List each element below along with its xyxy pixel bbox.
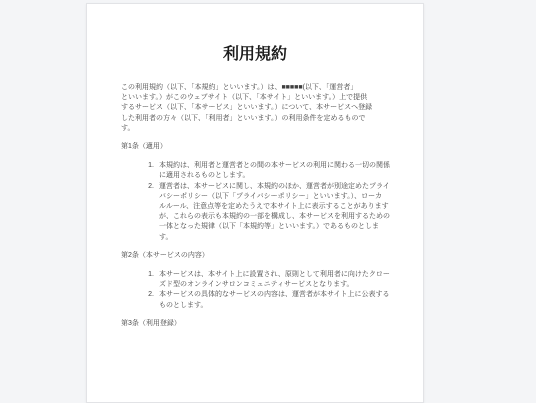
terms-document-card: 利用規約 この利用規約（以下、「本規約」といいます。）は、■■■■■(以下、「運… bbox=[86, 3, 424, 326]
list-item-text: 本サービスは、本サイト上に設置され、原則として利用者に向けたクロー ズド型のオン… bbox=[159, 270, 390, 290]
intro-paragraph: この利用規約（以下、「本規約」といいます。）は、■■■■■(以下、「運営者」 と… bbox=[121, 83, 389, 134]
list-item-number: 1. bbox=[121, 161, 159, 171]
list-item: 2. 運営者は、本サービスに関し、本規約のほか、運営者が別途定めたプライ バシー… bbox=[121, 182, 389, 243]
list-item: 1. 本サービスは、本サイト上に設置され、原則として利用者に向けたクロー ズド型… bbox=[121, 270, 389, 290]
list-item-number: 2. bbox=[121, 182, 159, 192]
section-heading-article-1: 第1条（適用） bbox=[121, 142, 389, 152]
list-item-text: 本規約は、利用者と運営者との間の本サービスの利用に関わる一切の関係 に適用される… bbox=[159, 161, 390, 181]
list-item-number: 1. bbox=[121, 270, 159, 280]
article-2-list: 1. 本サービスは、本サイト上に設置され、原則として利用者に向けたクロー ズド型… bbox=[121, 270, 389, 311]
list-item-text: 運営者は、本サービスに関し、本規約のほか、運営者が別途定めたプライ バシーポリシ… bbox=[159, 182, 390, 243]
section-heading-article-3: 第3条（利用登録） bbox=[121, 319, 389, 326]
section-heading-article-2: 第2条（本サービスの内容） bbox=[121, 251, 389, 261]
page-title: 利用規約 bbox=[121, 45, 389, 64]
list-item-number: 2. bbox=[121, 290, 159, 300]
list-item: 1. 本規約は、利用者と運営者との間の本サービスの利用に関わる一切の関係 に適用… bbox=[121, 161, 389, 181]
list-item-text: 本サービスの具体的なサービスの内容は、運営者が本サイト上に公表する ものとします… bbox=[159, 290, 390, 310]
article-1-list: 1. 本規約は、利用者と運営者との間の本サービスの利用に関わる一切の関係 に適用… bbox=[121, 161, 389, 243]
list-item: 2. 本サービスの具体的なサービスの内容は、運営者が本サイト上に公表する ものと… bbox=[121, 290, 389, 310]
